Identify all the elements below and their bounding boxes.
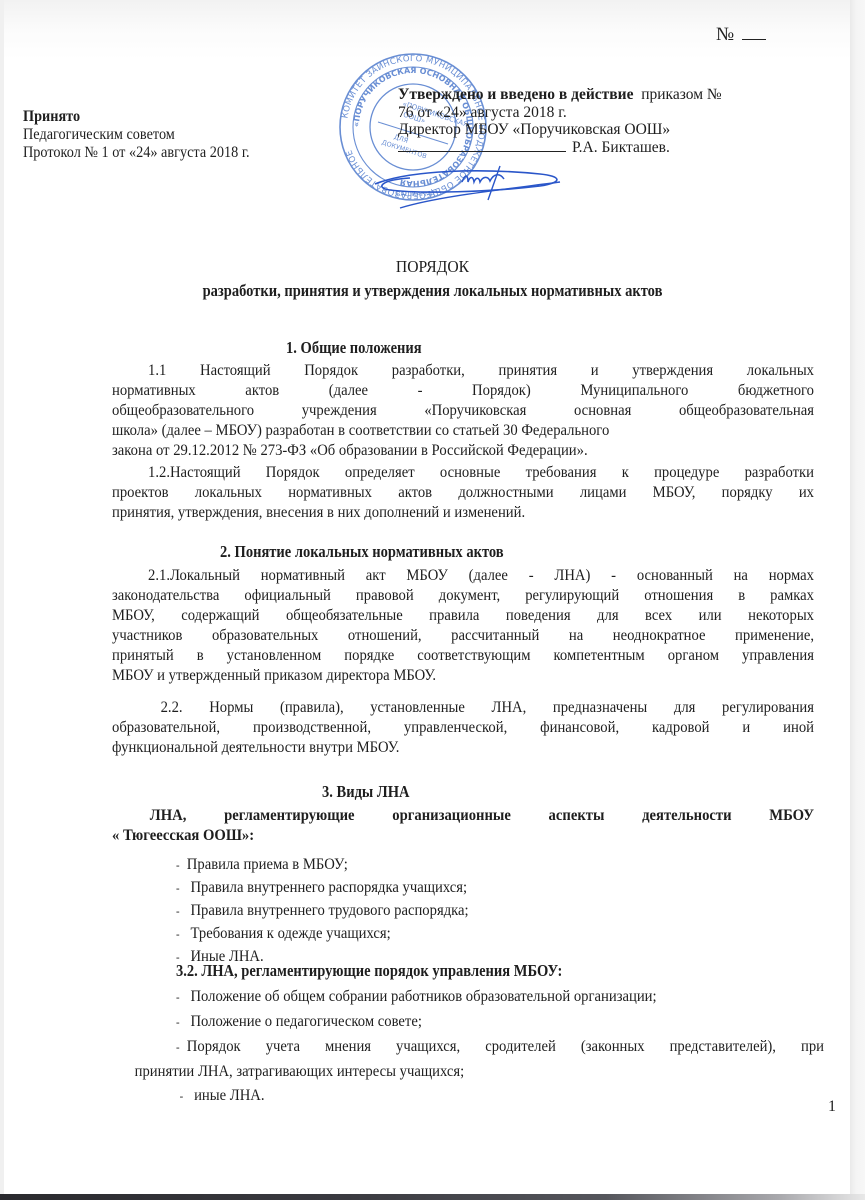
bullet-dash-icon: - [176,923,187,945]
text-line: 2.1.Локальный нормативный акт МБОУ (дале… [112,565,814,585]
list-item: - Правила внутреннего трудового распоряд… [176,899,469,922]
section-3-intro: ЛНА, регламентирующие организационные ас… [112,805,814,845]
text-line: 1.1 Настоящий Порядок разработки, принят… [112,360,814,380]
text-line: 2.2. Нормы (правила), установленные ЛНА,… [112,697,814,717]
document-subtitle: разработки, принятия и утверждения локал… [52,281,813,301]
scan-edge-right [850,0,865,1195]
approved-line-1: Утверждено и введено в действие приказом… [398,86,722,104]
text-line: нормативных актов (далее - Порядок) Муни… [112,380,814,400]
bullet-dash-icon: - [176,854,187,876]
bullet-dash-icon: - [176,900,187,922]
list-item: - Положение о педагогическом совете; [176,1009,824,1034]
text-line: « Тюгеесская ООШ»: [112,825,814,845]
list-item: - иные ЛНА. [176,1083,824,1108]
approved-title: Утверждено и введено в действие [398,86,633,103]
document-page: № Принято Педагогическим советом Протоко… [0,0,865,1200]
section-1-paragraph-1: 1.1 Настоящий Порядок разработки, принят… [112,360,814,460]
bullet-dash-icon: - [176,1035,187,1059]
list-item: -Порядок учета мнения учащихся, сродител… [176,1034,824,1059]
page-number: 1 [828,1098,836,1116]
scan-bottom-edge [0,1194,865,1200]
approved-order: приказом № [641,86,721,103]
text-line: функциональной деятельности внутри МБОУ. [112,737,814,757]
text-line: образовательной, производственной, управ… [112,717,814,737]
section-2-paragraph-2: 2.2. Нормы (правила), установленные ЛНА,… [112,697,814,757]
section-1-paragraph-2: 1.2.Настоящий Порядок определяет основны… [112,462,814,522]
bullet-dash-icon: - [176,985,187,1009]
text-line: проектов локальных нормативных актов дол… [112,482,814,502]
bullet-dash-icon: - [176,877,187,899]
section-3-heading: 3. Виды ЛНА [322,782,409,802]
approved-line-4: Р.А. Бикташев. [398,139,722,157]
text-line: принятый в установленном порядке соответ… [112,645,814,665]
number-sign: № [716,24,734,45]
bullet-dash-icon: - [180,1084,191,1108]
text-line: МБОУ и утвержденный приказом директора М… [112,665,814,685]
section-3-list-1: -Правила приема в МБОУ; - Правила внутре… [176,853,469,968]
text-line: 1.2.Настоящий Порядок определяет основны… [112,462,814,482]
bullet-dash-icon: - [176,1010,187,1034]
signature-icon [370,160,570,220]
section-3-subheading: 3.2. ЛНА, регламентирующие порядок управ… [176,961,562,981]
section-2-paragraph-1: 2.1.Локальный нормативный акт МБОУ (дале… [112,565,814,685]
text-line: принятия, утверждения, внесения в них до… [112,502,814,522]
accepted-title: Принято [23,108,250,126]
document-title: ПОРЯДОК [35,257,831,277]
number-blank [742,25,766,40]
signature-line [398,151,566,152]
list-item: -Правила приема в МБОУ; [176,853,469,876]
approved-line-2: 76 от «24» августа 2018 г. [398,104,722,122]
section-1-heading: 1. Общие положения [286,338,422,358]
approved-block: Утверждено и введено в действие приказом… [398,86,722,156]
text-line: законодательства официальный правовой до… [112,585,814,605]
text-line: ЛНА, регламентирующие организационные ас… [112,805,814,825]
section-3-list-2: - Положение об общем собрании работников… [176,984,824,1108]
section-2-heading: 2. Понятие локальных нормативных актов [220,542,504,562]
approved-signer: Р.А. Бикташев. [572,139,670,156]
approved-line-3: Директор МБОУ «Поручиковская ООШ» [398,121,722,139]
list-item: - Правила внутреннего распорядка учащихс… [176,876,469,899]
text-line: участников образовательных отношений, ра… [112,625,814,645]
accepted-line-1: Педагогическим советом [23,126,250,144]
scan-edge-left [0,0,4,1195]
list-item-continuation: принятии ЛНА, затрагивающих интересы уча… [135,1059,824,1083]
document-number: № [716,24,766,46]
text-line: школа» (далее – МБОУ) разработан в соотв… [112,420,814,440]
accepted-line-2: Протокол № 1 от «24» августа 2018 г. [23,144,250,162]
text-line: закона от 29.12.2012 № 273-ФЗ «Об образо… [112,440,814,460]
text-line: МБОУ, содержащий общеобязательные правил… [112,605,814,625]
list-item: - Положение об общем собрании работников… [176,984,824,1009]
accepted-block: Принято Педагогическим советом Протокол … [23,108,250,162]
list-item: - Требования к одежде учащихся; [176,922,469,945]
text-line: общеобразовательного учреждения «Поручик… [112,400,814,420]
